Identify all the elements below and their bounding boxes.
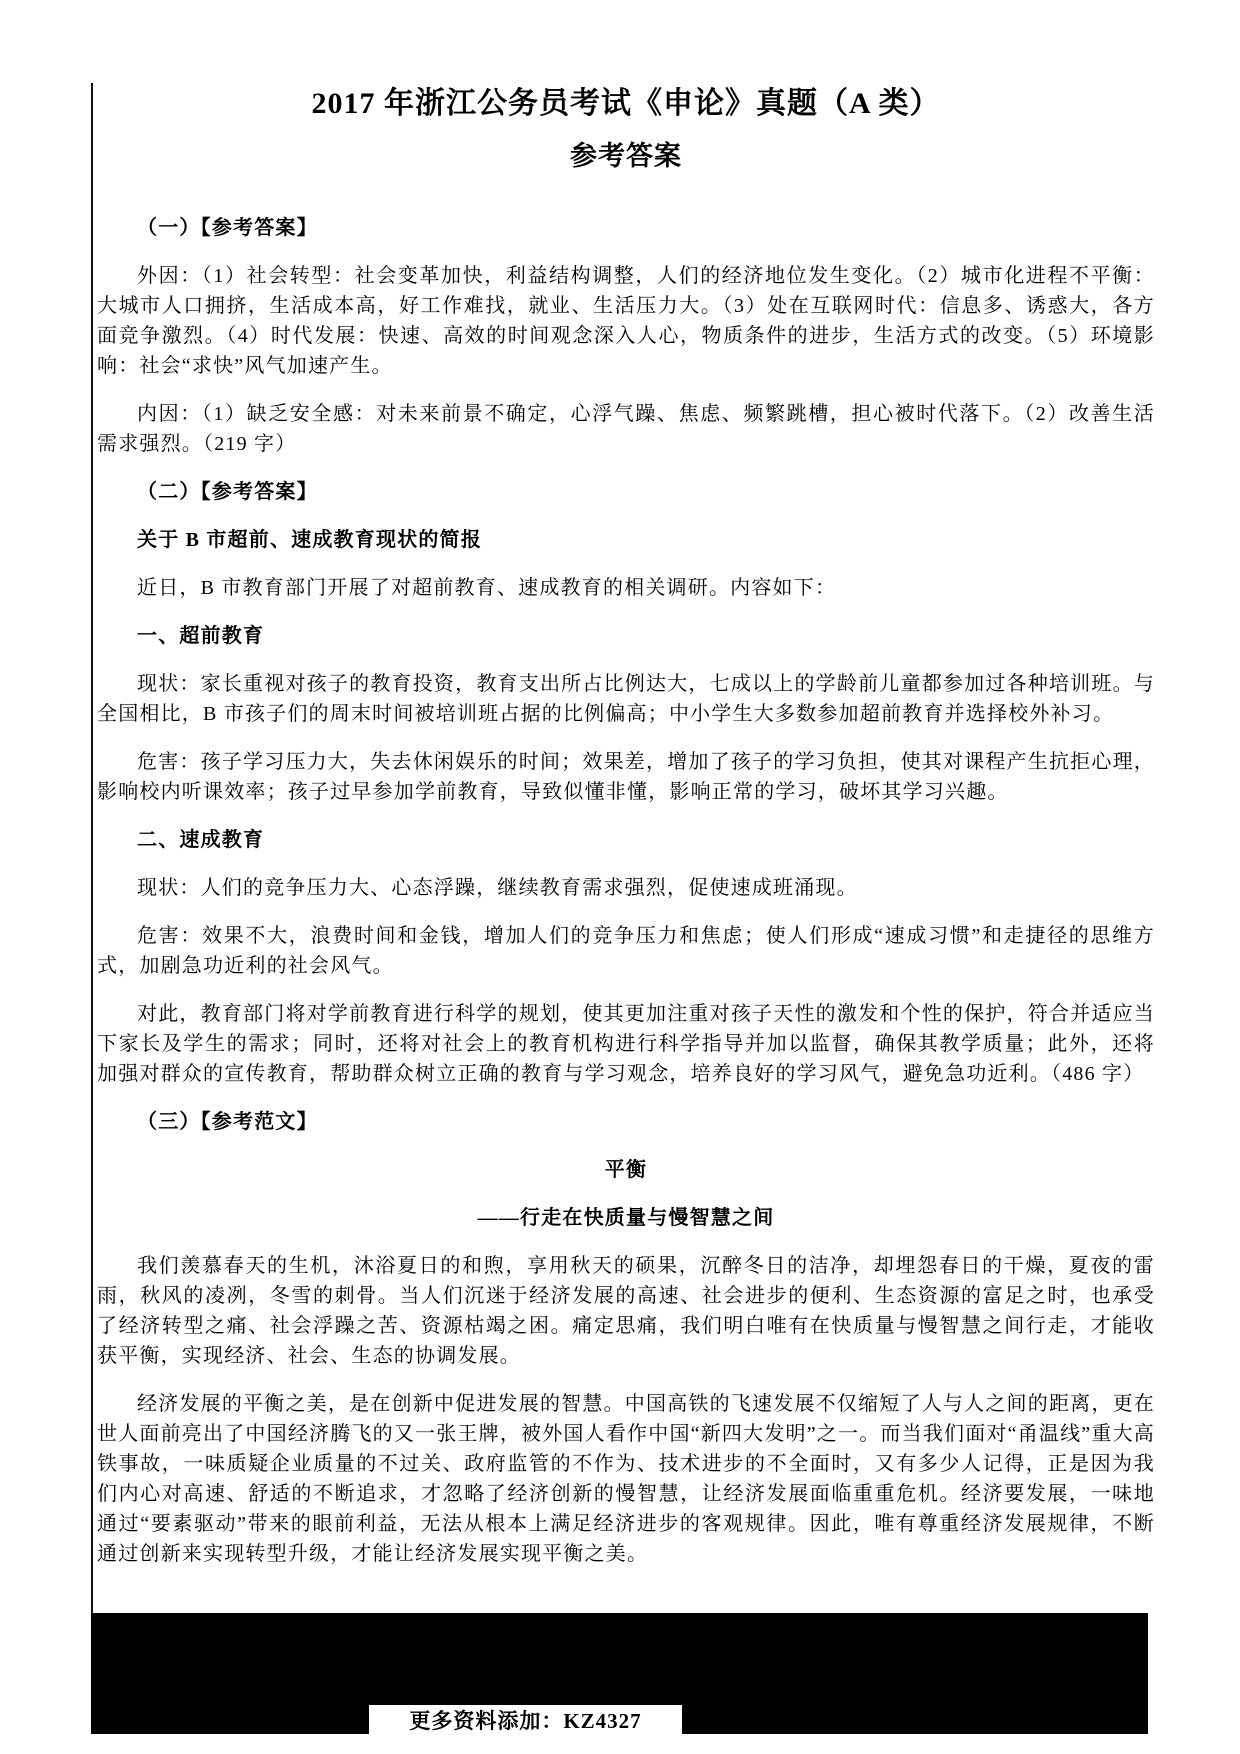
essay-subtitle: ——行走在快质量与慢智慧之间 xyxy=(97,1203,1155,1233)
section-3-heading: （三）【参考范文】 xyxy=(97,1107,1155,1137)
page-title: 2017 年浙江公务员考试《申论》真题（A 类） xyxy=(97,85,1155,123)
paragraph-essay-1: 我们羡慕春天的生机，沐浴夏日的和煦，享用秋天的硕果，沉醉冬日的洁净，却埋怨春日的… xyxy=(97,1251,1155,1371)
paragraph-measures: 对此，教育部门将对学前教育进行科学的规划，使其更加注重对孩子天性的激发和个性的保… xyxy=(97,999,1155,1089)
paragraph-crash-harm: 危害：效果不大，浪费时间和金钱，增加人们的竞争压力和焦虑；使人们形成“速成习惯”… xyxy=(97,921,1155,981)
page-subtitle: 参考答案 xyxy=(97,139,1155,173)
paragraph-internal-causes: 内因：（1）缺乏安全感：对未来前景不确定，心浮气躁、焦虑、频繁跳槽，担心被时代落… xyxy=(97,399,1155,459)
document-content: 2017 年浙江公务员考试《申论》真题（A 类） 参考答案 （一）【参考答案】外… xyxy=(97,85,1155,1587)
paragraph-briefing-intro: 近日，B 市教育部门开展了对超前教育、速成教育的相关调研。内容如下： xyxy=(97,573,1155,603)
paragraph-external-causes: 外因：（1）社会转型：社会变革加快，利益结构调整，人们的经济地位发生变化。（2）… xyxy=(97,261,1155,381)
section-2-heading: （二）【参考答案】 xyxy=(97,477,1155,507)
section-1-heading: （一）【参考答案】 xyxy=(97,213,1155,243)
paragraph-advanced-harm: 危害：孩子学习压力大，失去休闲娱乐的时间；效果差，增加了孩子的学习负担，使其对课… xyxy=(97,747,1155,807)
briefing-title: 关于 B 市超前、速成教育现状的简报 xyxy=(97,525,1155,555)
paragraph-advanced-status: 现状：家长重视对孩子的教育投资，教育支出所占比例达大，七成以上的学龄前儿童都参加… xyxy=(97,669,1155,729)
subheading-crash-education: 二、速成教育 xyxy=(97,825,1155,855)
paragraph-crash-status: 现状：人们的竞争压力大、心态浮躁，继续教育需求强烈，促使速成班涌现。 xyxy=(97,873,1155,903)
paragraph-essay-2: 经济发展的平衡之美，是在创新中促进发展的智慧。中国高铁的飞速发展不仅缩短了人与人… xyxy=(97,1389,1155,1569)
footer-banner: 更多资料添加：KZ4327 xyxy=(91,1613,1148,1734)
left-margin-line xyxy=(91,83,93,1613)
document-body: （一）【参考答案】外因：（1）社会转型：社会变革加快，利益结构调整，人们的经济地… xyxy=(97,213,1155,1569)
subheading-advanced-education: 一、超前教育 xyxy=(97,621,1155,651)
footer-promo-badge: 更多资料添加：KZ4327 xyxy=(369,1705,682,1734)
essay-title: 平衡 xyxy=(97,1155,1155,1185)
